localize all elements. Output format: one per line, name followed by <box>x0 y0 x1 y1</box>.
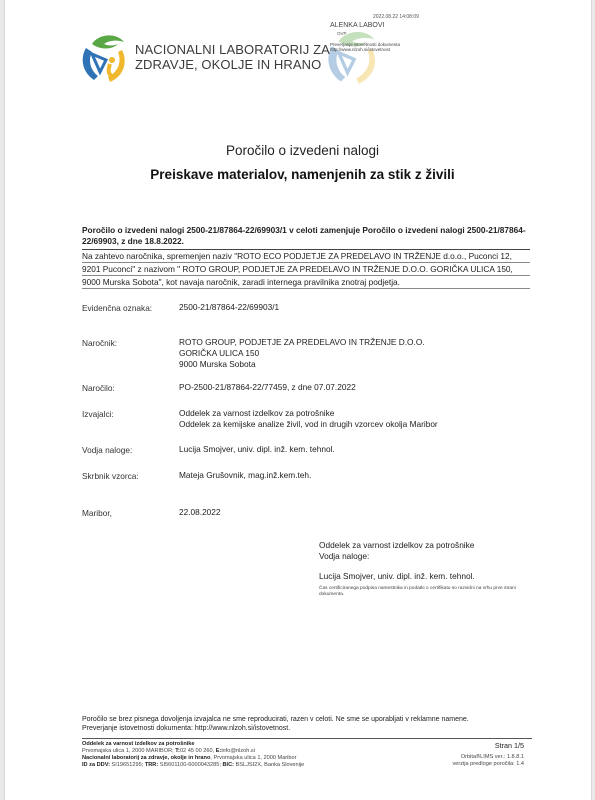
nlzoh-logo-icon <box>78 30 130 84</box>
footer-org: Nacionalni laboratorij za zdravje, okolj… <box>82 755 297 762</box>
narocnik-city: 9000 Murska Sobota <box>179 359 425 370</box>
signature-timestamp: 2022.08.22 14:08:09 <box>373 14 419 20</box>
lims-version: Orbita®LIMS ver.: 1.8.8.1 <box>461 754 524 761</box>
document-subtitle: Preiskave materialov, namenjenih za stik… <box>5 167 595 182</box>
evidencna-label: Evidenčna oznaka: <box>82 303 152 313</box>
izvajalec-2: Oddelek za kemijske analize živil, vod i… <box>179 419 438 430</box>
signature-role: OVP <box>337 31 347 36</box>
footer-bank: ID za DDV: SI19651295; TRR: SI5601100-60… <box>82 762 304 769</box>
izvajalec-1: Oddelek za varnost izdelkov za potrošnik… <box>179 408 438 419</box>
skrbnik-value: Mateja Grušovnik, mag.inž.kem.teh. <box>179 470 311 481</box>
footer-org-name: Nacionalni laboratorij za zdravje, okolj… <box>82 755 210 761</box>
footer-org-address: , Prvomajska ulica 1, 2000 Maribor <box>210 755 296 761</box>
footer-verify-link[interactable]: Preverjanje istovetnosti dokumenta: http… <box>82 724 290 733</box>
vodja-label: Vodja naloge: <box>82 445 132 455</box>
note-divider <box>82 275 530 276</box>
org-name-line2: ZDRAVJE, OKOLJE IN HRANO <box>135 57 330 72</box>
document-page: NACIONALNI LABORATORIJ ZA ZDRAVJE, OKOLJ… <box>4 0 592 800</box>
trr-value: SI5601100-6000043285; <box>158 762 222 768</box>
org-name-line1: NACIONALNI LABORATORIJ ZA <box>135 42 330 57</box>
org-name: NACIONALNI LABORATORIJ ZA ZDRAVJE, OKOLJ… <box>135 42 330 72</box>
skrbnik-label: Skrbnik vzorca: <box>82 471 139 481</box>
change-note-line: Na zahtevo naročnika, spremenjen naziv "… <box>82 251 532 261</box>
email-link[interactable]: info@nlzoh.si <box>221 748 255 754</box>
narocnik-street: GORIČKA ULICA 150 <box>179 348 425 359</box>
evidencna-value: 2500-21/87864-22/69903/1 <box>179 302 279 313</box>
footer-dept-name: Oddelek za varnost izdelkov za potrošnik… <box>82 741 195 747</box>
replacement-notice: Poročilo o izvedeni nalogi 2500-21/87864… <box>82 225 532 247</box>
document-title: Poročilo o izvedeni nalogi <box>5 143 595 158</box>
izvajalci-label: Izvajalci: <box>82 409 114 419</box>
note-divider <box>82 288 530 289</box>
narocnik-name: ROTO GROUP, PODJETJE ZA PREDELAVO IN TRŽ… <box>179 337 425 348</box>
footer-disclaimer: Poročilo se brez pisnega dovoljenja izva… <box>82 715 469 724</box>
narocilo-value: PO-2500-21/87864-22/77459, z dne 07.07.2… <box>179 382 356 393</box>
narocilo-label: Naročilo: <box>82 383 115 393</box>
certificate-note: Čas certificiranega podpisa namestnika i… <box>319 586 539 598</box>
issue-date: 22.08.2022 <box>179 507 221 518</box>
footer-department: Oddelek za varnost izdelkov za potrošnik… <box>82 741 195 748</box>
footer-contact: Prvomajska ulica 1, 2000 MARIBOR; T:02 4… <box>82 748 255 755</box>
note-divider <box>82 262 530 263</box>
signature-verify: Preverjanje istovetnosti dokumenta http:… <box>330 42 400 52</box>
place-label: Maribor, <box>82 508 112 518</box>
signature-signer: ALENKA LABOVI <box>330 22 384 29</box>
change-note-line: 9000 Murska Sobota", kot navaja naročnik… <box>82 277 532 287</box>
tel-value: 02 45 00 260, <box>180 748 216 754</box>
notice-divider <box>82 249 530 250</box>
vodja-value: Lucija Smojver, univ. dipl. inž. kem. te… <box>179 444 335 455</box>
signature-department: Oddelek za varnost izdelkov za potrošnik… <box>319 540 474 551</box>
footer-dept-address: Prvomajska ulica 1, 2000 MARIBOR; <box>82 748 175 754</box>
template-version: verzija predloge poročila: 1.4 <box>452 761 524 768</box>
vat-value: SI19651295; <box>110 762 145 768</box>
narocnik-label: Naročnik: <box>82 338 117 348</box>
bic-value: BSLJSI2X, Banka Slovenije <box>234 762 304 768</box>
change-note-line: 9201 Puconci" z nazivom " ROTO GROUP, PO… <box>82 264 532 274</box>
izvajalci-value: Oddelek za varnost izdelkov za potrošnik… <box>179 408 438 430</box>
signature-role: Vodja naloge: <box>319 551 369 562</box>
signature-watermark-icon <box>323 26 381 86</box>
trr-label: TRR: <box>145 762 158 768</box>
bic-label: BIC: <box>222 762 234 768</box>
footer-divider <box>82 738 532 739</box>
vat-label: ID za DDV: <box>82 762 110 768</box>
signature-name: Lucija Smojver, univ. dipl. inž. kem. te… <box>319 571 475 582</box>
signature-verify-link[interactable]: http://www.nlzoh.si/istovetnost <box>330 47 400 52</box>
narocnik-value: ROTO GROUP, PODJETJE ZA PREDELAVO IN TRŽ… <box>179 337 425 370</box>
page-number: Stran 1/5 <box>495 741 524 750</box>
